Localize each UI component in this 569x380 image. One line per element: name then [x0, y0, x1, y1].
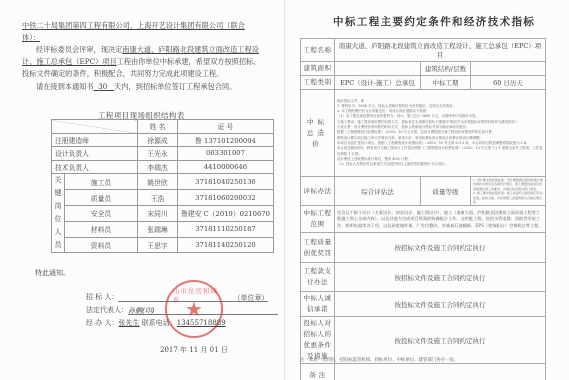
table-header-row: 姓 名 证 号: [52, 120, 274, 134]
table-row: 建筑面积 建筑结构/层数: [301, 62, 546, 76]
cert-cell: 37181110250187: [178, 221, 274, 237]
header-name: 姓 名: [138, 120, 178, 134]
name-cell: 宋同川: [138, 205, 178, 221]
cert-cell: 37181040250136: [178, 174, 274, 190]
legal-representative-line: 法定代表人：孙鹏(印): [86, 305, 278, 315]
cert-cell: 063301007: [178, 147, 274, 161]
table-row: 评标办法 综合评估法 质量等级 1. 设计要求的质量标准：设计图纸满足国家和地方…: [301, 177, 546, 206]
role-cell: 设计负责人: [52, 147, 138, 161]
role-cell: 材料员: [65, 221, 138, 237]
name-cell: 张瑞琳: [138, 221, 178, 237]
award-notice-page: 中铁二十局集团第四工程有限公司、上海开艺设计集团有限公司（联合体）： 经评标委员…: [0, 0, 285, 380]
contract-terms-page: 中标工程主要约定条件和经济技术指标 ★ 工程名称 南康大道、庐阳路北段建筑立面改…: [285, 0, 569, 380]
handwritten-signature: 孙鹏(印): [128, 307, 154, 315]
table-row: 工程款支付办法 按招标文件及施工合同约定执行: [301, 263, 546, 292]
name-cell: 王浩: [138, 190, 178, 206]
price-terms: 响应招标文件，即 1. 费约价为：3888 万元，投标人须响应暂约价为有效报价，…: [335, 90, 546, 177]
table-row: 备 注: [301, 364, 546, 380]
table-row: 关键岗位人员 施工员 姚世欣 37181040250136: [52, 174, 274, 190]
name-cell: 王光永: [138, 147, 178, 161]
name-cell: 李瑞杰: [138, 160, 178, 174]
seal-note: （单位章）: [233, 294, 268, 302]
role-cell: 注册建造师: [52, 133, 138, 147]
name-cell: 王思宇: [138, 237, 178, 253]
award-paragraph: 经评标委员会评审，现决定南康大道、庐阳路北段建筑立面改造工程设计、施工总承包（E…: [22, 44, 262, 80]
addressee: 中铁二十局集团第四工程有限公司、上海开艺设计集团有限公司（联合体）：: [22, 20, 262, 44]
quality-award-value: 按招标文件及施工合同约定执行: [335, 233, 546, 263]
tenderer-line: 招 标 人：（单位章）: [86, 292, 268, 302]
phone-number: 13455718889: [177, 319, 226, 327]
role-cell: 安全员: [65, 205, 138, 221]
structure-value: [471, 62, 546, 76]
name-cell: 姚世欣: [138, 174, 178, 190]
quality-level-value: 1. 设计要求的质量标准：设计图纸满足国家和地方颁布的技术规范及各项设计规定，施…: [471, 177, 546, 206]
org-structure-table: 姓 名 证 号 注册建造师 徐源成 鲁 137101200094 设计负责人 王…: [51, 119, 274, 253]
table-row: 工程质量创优奖罚 按招标文件及施工合同约定执行: [301, 233, 546, 263]
key-personnel-group-label: 关键岗位人员: [52, 174, 65, 253]
scope-value: 包含且不限于设计（方案设计、初步设计、施工图设计），施工（南康大道、庐阳路北段建…: [335, 206, 546, 233]
payment-value: 按招标文件及施工合同约定执行: [335, 263, 546, 292]
role-cell: 技术负责人: [52, 160, 138, 174]
cert-cell: 鲁建安 C（2019）0210670: [178, 205, 274, 221]
area-value: [335, 62, 421, 76]
table-row: 中标总造价 响应招标文件，即 1. 费约价为：3888 万元，投标人须响应暂约价…: [301, 90, 546, 177]
table-row: 工程名称 南康大道、庐阳路北段建筑立面改造工程设计、施工总承包（EPC）项目: [301, 39, 546, 62]
contract-deadline-paragraph: 请在接到本通知书 30 天内，到招标单位签订工程承包合同。: [22, 81, 262, 93]
table-row: 质量员 王浩 37181060200032: [52, 190, 274, 206]
category-value: EPC（设计-施工）总承包: [335, 76, 421, 90]
table-row: 资料员 王思宇 37181140250120: [52, 237, 274, 253]
table-row: 中标人诚信承诺 按投标文件及施工合同约定执行: [301, 292, 546, 317]
table-row: 中标工程范围 包含且不限于设计（方案设计、初步设计、施工图设计），施工（南康大道…: [301, 206, 546, 233]
table-row: 材料员 张瑞琳 37181110250187: [52, 221, 274, 237]
handler-name: 张先生: [118, 319, 139, 327]
diagonal-corner-cell: [52, 120, 138, 134]
header-cert: 证 号: [178, 120, 274, 134]
project-name-value: 南康大道、庐阳路北段建筑立面改造工程设计、施工总承包（EPC）项目: [335, 39, 546, 62]
table-row: 安全员 宋同川 鲁建安 C（2019）0210670: [52, 205, 274, 221]
cert-cell: 鲁 137101200094: [178, 133, 274, 147]
page-title: 中标工程主要约定条件和经济技术指标: [333, 14, 535, 29]
integrity-value: 按投标文件及施工合同约定执行: [335, 292, 546, 317]
remarks-value: [335, 364, 546, 380]
issue-date: 2017 年 11 月 01 日: [160, 345, 228, 355]
cert-cell: 37181060200032: [178, 190, 274, 206]
closing-text: 特此通知。: [35, 268, 70, 278]
role-cell: 质量员: [65, 190, 138, 206]
cert-cell: 4410000646: [178, 160, 274, 174]
table-row: 工程类别 EPC（设计-施工）总承包 中标工期 60 日历天: [301, 76, 546, 90]
table-footnote: 注：本表一式四份，招投标监管机构、招标单位、中标单位、建管部门各存一份。: [300, 357, 458, 363]
deadline-days: 30: [98, 82, 107, 91]
handler-line: 经 办 人：张先生 联系电话：13455718889: [86, 318, 226, 328]
terms-table: 工程名称 南康大道、庐阳路北段建筑立面改造工程设计、施工总承包（EPC）项目 建…: [300, 38, 546, 380]
cert-cell: 37181140250120: [178, 237, 274, 253]
role-cell: 施工员: [65, 174, 138, 190]
role-cell: 资料员: [65, 237, 138, 253]
name-cell: 徐源成: [138, 133, 178, 147]
table-row: 技术负责人 李瑞杰 4410000646: [52, 160, 274, 174]
table-row: 注册建造师 徐源成 鲁 137101200094: [52, 133, 274, 147]
table-row: 设计负责人 王光永 063301007: [52, 147, 274, 161]
eval-method-value: 综合评估法: [335, 177, 421, 206]
period-value: 60 日历天: [471, 76, 546, 90]
